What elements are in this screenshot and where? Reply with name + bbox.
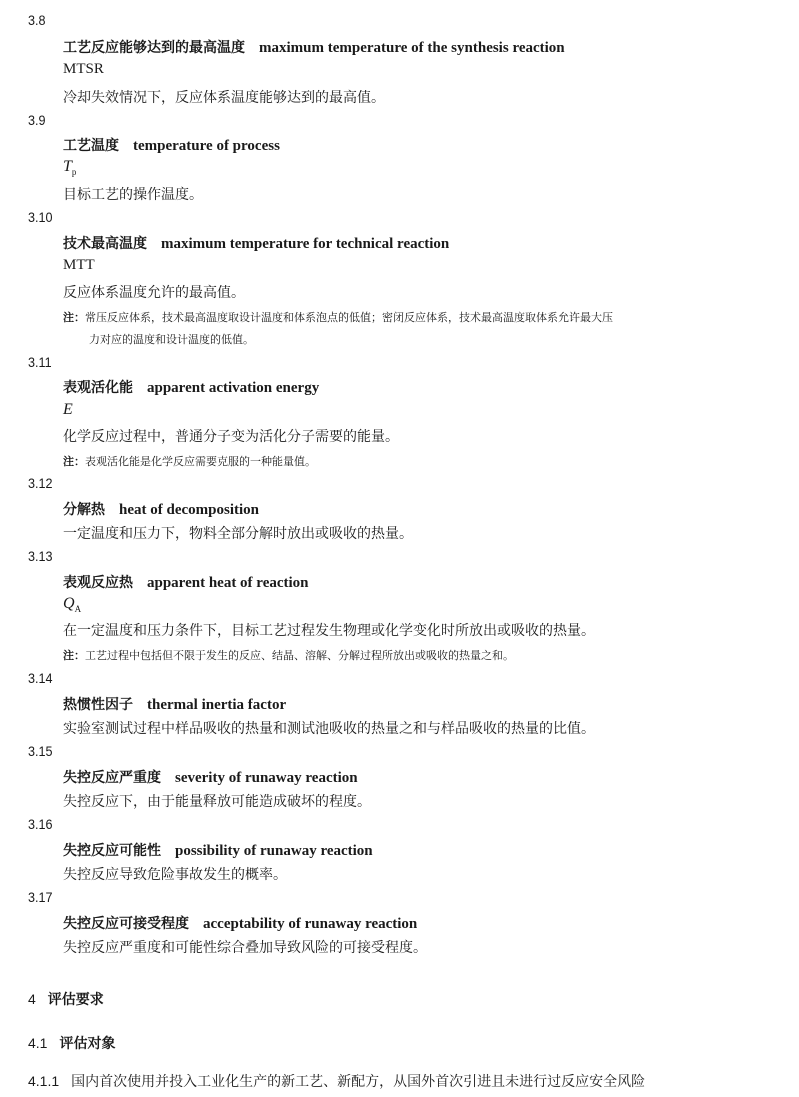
term-zh: 技术最高温度	[63, 236, 147, 252]
term-note: 注：工艺过程中包括但不限于发生的反应、结晶、溶解、分解过程所放出或吸收的热量之和…	[63, 647, 514, 663]
term-zh: 表观活化能	[63, 380, 133, 396]
entry-number: 3.17	[28, 889, 53, 905]
term-definition: 失控反应严重度和可能性综合叠加导致风险的可接受程度。	[63, 937, 427, 957]
section-title: 评估要求	[48, 992, 104, 1008]
subsection-heading: 4.1评估对象	[28, 1033, 115, 1053]
symbol-subscript: A	[75, 604, 82, 614]
term-en: acceptability of runaway reaction	[203, 916, 417, 932]
term-heading: 失控反应严重度severity of runaway reaction	[63, 767, 358, 787]
entry-number: 3.13	[28, 548, 53, 564]
section-heading: 4评估要求	[28, 989, 104, 1009]
section-number: 4	[28, 991, 36, 1007]
term-definition: 目标工艺的操作温度。	[63, 184, 203, 204]
term-note: 注：表观活化能是化学反应需要克服的一种能量值。	[63, 453, 316, 469]
term-note: 注：常压反应体系，技术最高温度取设计温度和体系泡点的低值；密闭反应体系，技术最高…	[63, 309, 613, 325]
term-zh: 失控反应可接受程度	[63, 916, 189, 932]
term-zh: 工艺温度	[63, 138, 119, 154]
term-zh: 热惯性因子	[63, 697, 133, 713]
term-zh: 失控反应可能性	[63, 843, 161, 859]
term-zh: 分解热	[63, 502, 105, 518]
term-heading: 工艺温度temperature of process	[63, 135, 280, 155]
entry-number: 3.11	[28, 354, 52, 370]
clause-number: 4.1.1	[28, 1073, 59, 1089]
term-heading: 表观反应热apparent heat of reaction	[63, 572, 309, 592]
term-heading: 表观活化能apparent activation energy	[63, 377, 319, 397]
note-label: 注：	[63, 649, 85, 662]
term-definition: 化学反应过程中，普通分子变为活化分子需要的能量。	[63, 426, 399, 446]
term-zh: 表观反应热	[63, 575, 133, 591]
term-zh: 失控反应严重度	[63, 770, 161, 786]
term-definition: 失控反应导致危险事故发生的概率。	[63, 864, 287, 884]
term-en: apparent heat of reaction	[147, 575, 309, 591]
note-text: 工艺过程中包括但不限于发生的反应、结晶、溶解、分解过程所放出或吸收的热量之和。	[85, 649, 514, 662]
entry-number: 3.12	[28, 475, 53, 491]
term-en: thermal inertia factor	[147, 697, 286, 713]
term-en: maximum temperature for technical reacti…	[161, 236, 449, 252]
term-heading: 分解热heat of decomposition	[63, 499, 259, 519]
term-heading: 技术最高温度maximum temperature for technical …	[63, 233, 449, 253]
term-definition: 冷却失效情况下，反应体系温度能够达到的最高值。	[63, 87, 385, 107]
note-text: 表观活化能是化学反应需要克服的一种能量值。	[85, 455, 316, 468]
term-symbol: QA	[63, 595, 81, 614]
term-abbreviation: MTT	[63, 257, 95, 274]
entry-number: 3.8	[28, 12, 46, 28]
term-definition: 一定温度和压力下，物料全部分解时放出或吸收的热量。	[63, 523, 413, 543]
clause-paragraph: 4.1.1国内首次使用并投入工业化生产的新工艺、新配方，从国外首次引进且未进行过…	[28, 1071, 645, 1091]
term-abbreviation: MTSR	[63, 61, 104, 78]
term-en: maximum temperature of the synthesis rea…	[259, 40, 565, 56]
clause-text: 国内首次使用并投入工业化生产的新工艺、新配方，从国外首次引进且未进行过反应安全风…	[71, 1074, 645, 1090]
term-en: possibility of runaway reaction	[175, 843, 373, 859]
term-heading: 失控反应可能性possibility of runaway reaction	[63, 840, 373, 860]
term-en: heat of decomposition	[119, 502, 259, 518]
term-note-continuation: 力对应的温度和设计温度的低值。	[89, 331, 254, 347]
term-heading: 失控反应可接受程度acceptability of runaway reacti…	[63, 913, 417, 933]
entry-number: 3.15	[28, 743, 53, 759]
term-definition: 在一定温度和压力条件下，目标工艺过程发生物理或化学变化时所放出或吸收的热量。	[63, 620, 595, 640]
term-en: temperature of process	[133, 138, 280, 154]
symbol-main: Q	[63, 595, 75, 612]
entry-number: 3.16	[28, 816, 53, 832]
term-en: apparent activation energy	[147, 380, 319, 396]
symbol-main: T	[63, 158, 72, 175]
term-heading: 工艺反应能够达到的最高温度maximum temperature of the …	[63, 37, 565, 57]
note-text: 常压反应体系，技术最高温度取设计温度和体系泡点的低值；密闭反应体系，技术最高温度…	[85, 311, 613, 324]
subsection-number: 4.1	[28, 1035, 47, 1051]
symbol-subscript: p	[72, 167, 77, 177]
entry-number: 3.14	[28, 670, 53, 686]
subsection-title: 评估对象	[59, 1036, 115, 1052]
term-definition: 反应体系温度允许的最高值。	[63, 282, 245, 302]
term-symbol: Tp	[63, 158, 76, 177]
term-definition: 失控反应下，由于能量释放可能造成破坏的程度。	[63, 791, 371, 811]
term-en: severity of runaway reaction	[175, 770, 358, 786]
term-definition: 实验室测试过程中样品吸收的热量和测试池吸收的热量之和与样品吸收的热量的比值。	[63, 718, 595, 738]
note-label: 注：	[63, 455, 85, 468]
entry-number: 3.9	[28, 112, 46, 128]
note-label: 注：	[63, 311, 85, 324]
term-symbol: E	[63, 401, 73, 419]
term-heading: 热惯性因子thermal inertia factor	[63, 694, 286, 714]
term-zh: 工艺反应能够达到的最高温度	[63, 40, 245, 56]
entry-number: 3.10	[28, 209, 53, 225]
